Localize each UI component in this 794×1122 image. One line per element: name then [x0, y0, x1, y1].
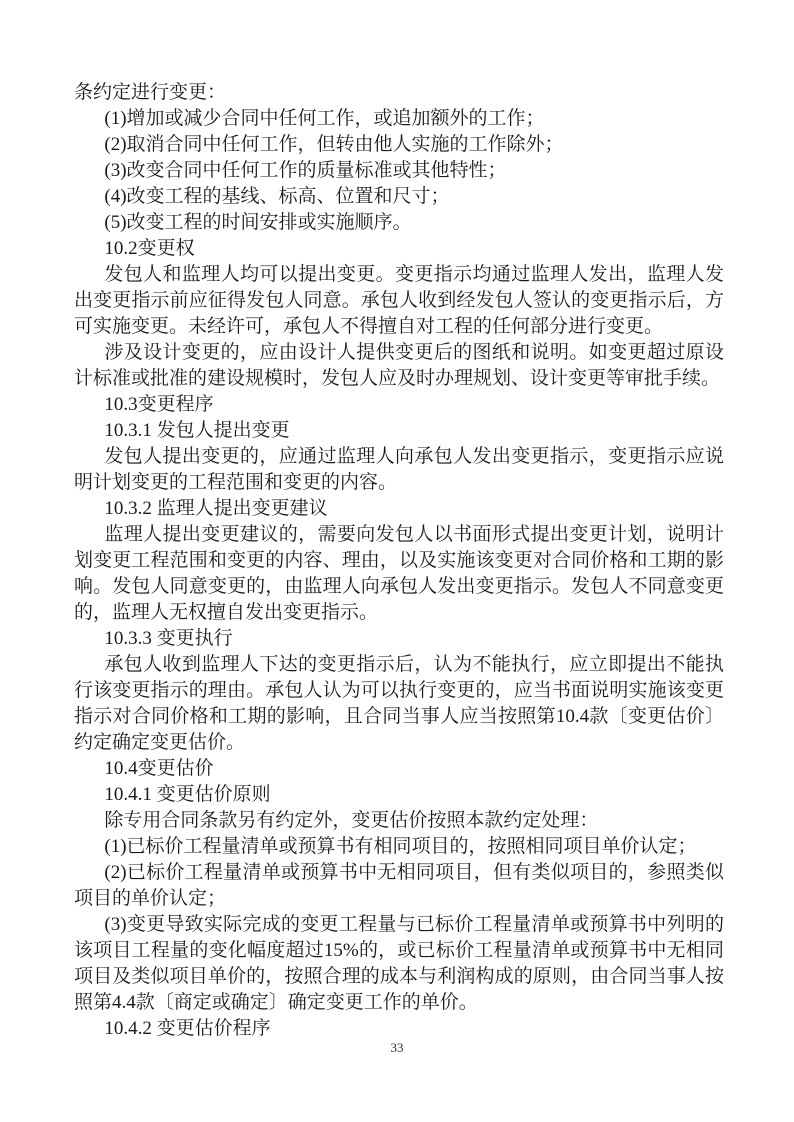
clause-heading: 10.2变更权 [74, 236, 724, 262]
clause-heading: 10.3.2 监理人提出变更建议 [74, 496, 724, 522]
clause-heading: 10.3.3 变更执行 [74, 626, 724, 652]
clause-heading: 10.4.1 变更估价原则 [74, 782, 724, 808]
document-page: 条约定进行变更：(1)增加或减少合同中任何工作，或追加额外的工作；(2)取消合同… [0, 0, 794, 1122]
paragraph: 发包人提出变更的，应通过监理人向承包人发出变更指示，变更指示应说明计划变更的工程… [74, 444, 724, 496]
paragraph: 监理人提出变更建议的，需要向发包人以书面形式提出变更计划，说明计划变更工程范围和… [74, 522, 724, 626]
clause-heading: 10.4变更估价 [74, 756, 724, 782]
page-number: 33 [0, 1040, 794, 1056]
clause-heading: 10.3变更程序 [74, 392, 724, 418]
paragraph: 涉及设计变更的，应由设计人提供变更后的图纸和说明。如变更超过原设计标准或批准的建… [74, 340, 724, 392]
document-body: 条约定进行变更：(1)增加或减少合同中任何工作，或追加额外的工作；(2)取消合同… [74, 80, 724, 1042]
list-item: (3)改变合同中任何工作的质量标准或其他特性； [74, 158, 724, 184]
list-item: (5)改变工程的时间安排或实施顺序。 [74, 210, 724, 236]
paragraph: 承包人收到监理人下达的变更指示后，认为不能执行，应立即提出不能执行该变更指示的理… [74, 652, 724, 756]
paragraph: 除专用合同条款另有约定外，变更估价按照本款约定处理： [74, 808, 724, 834]
list-item: (2)已标价工程量清单或预算书中无相同项目，但有类似项目的，参照类似项目的单价认… [74, 860, 724, 912]
clause-heading: 10.3.1 发包人提出变更 [74, 418, 724, 444]
clause-heading: 10.4.2 变更估价程序 [74, 1016, 724, 1042]
list-item: (2)取消合同中任何工作，但转由他人实施的工作除外； [74, 132, 724, 158]
list-item: (3)变更导致实际完成的变更工程量与已标价工程量清单或预算书中列明的该项目工程量… [74, 912, 724, 1016]
list-item: (1)增加或减少合同中任何工作，或追加额外的工作； [74, 106, 724, 132]
paragraph: 条约定进行变更： [74, 80, 724, 106]
list-item: (4)改变工程的基线、标高、位置和尺寸； [74, 184, 724, 210]
list-item: (1)已标价工程量清单或预算书有相同项目的，按照相同项目单价认定； [74, 834, 724, 860]
paragraph: 发包人和监理人均可以提出变更。变更指示均通过监理人发出，监理人发出变更指示前应征… [74, 262, 724, 340]
